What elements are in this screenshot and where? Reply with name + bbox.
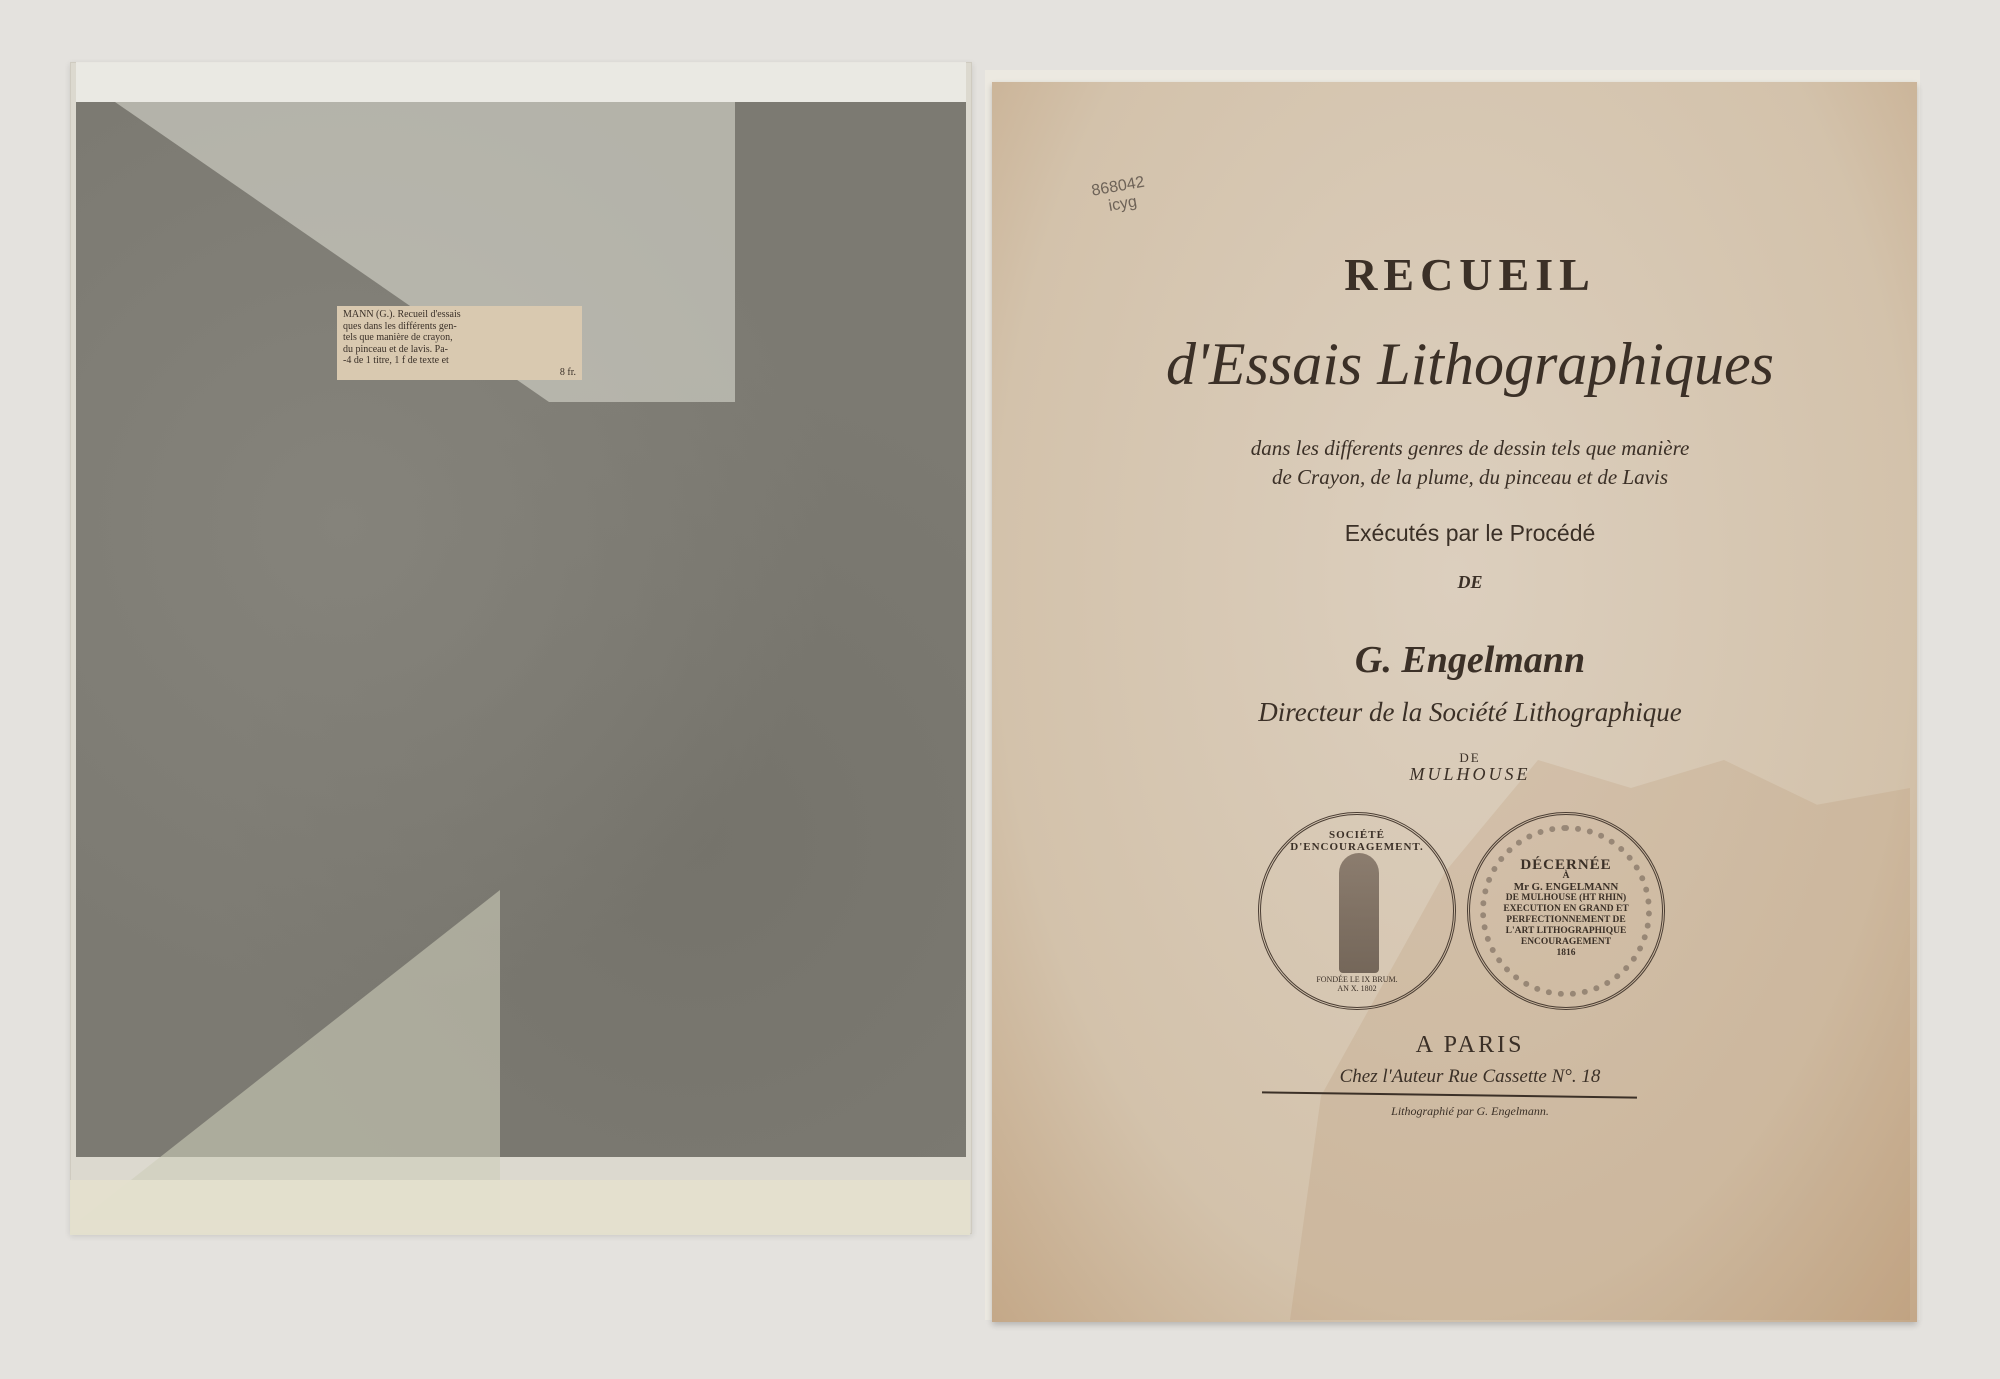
title: RECUEIL bbox=[1040, 248, 1900, 301]
clipping-line: du pinceau et de lavis. Pa- bbox=[343, 344, 576, 356]
glassine-bottom-fold bbox=[70, 1180, 970, 1235]
executes-line: Exécutés par le Procédé bbox=[1040, 520, 1900, 547]
author-position: Directeur de la Société Lithographique bbox=[1040, 697, 1900, 728]
subtitle: d'Essais Lithographiques bbox=[1040, 330, 1900, 399]
clipping-line: ques dans les différents gen- bbox=[343, 321, 576, 333]
author-name: G. Engelmann bbox=[1040, 638, 1900, 682]
catalog-clipping: MANN (G.). Recueil d'essais ques dans le… bbox=[337, 306, 582, 380]
medal-inscription: DÉCERNÉE À Mr G. ENGELMANN DE MULHOUSE (… bbox=[1488, 859, 1644, 959]
glassine-top-fold bbox=[76, 62, 966, 107]
clipping-line: 8 fr. bbox=[343, 367, 576, 379]
imprint-city: A PARIS bbox=[1040, 1032, 1900, 1059]
city: MULHOUSE bbox=[1040, 764, 1900, 785]
medal-reverse: DÉCERNÉE À Mr G. ENGELMANN DE MULHOUSE (… bbox=[1467, 812, 1665, 1010]
medal-obverse: SOCIÉTÉ D'ENCOURAGEMENT. FONDÉE LE IX BR… bbox=[1258, 812, 1456, 1010]
medal-ring-text: SOCIÉTÉ D'ENCOURAGEMENT. bbox=[1261, 829, 1453, 853]
clipping-line: tels que manière de crayon, bbox=[343, 332, 576, 344]
imprint-address: Chez l'Auteur Rue Cassette N°. 18 bbox=[1040, 1066, 1900, 1088]
description-line-2: de Crayon, de la plume, du pinceau et de… bbox=[1040, 465, 1900, 490]
de-line: DE bbox=[1040, 572, 1900, 593]
allegorical-figure-icon bbox=[1339, 853, 1379, 973]
description-line-1: dans les differents genres de dessin tel… bbox=[1040, 436, 1900, 461]
clipping-line: -4 de 1 titre, 1 f de texte et bbox=[343, 355, 576, 367]
imprint-credit: Lithographié par G. Engelmann. bbox=[1040, 1104, 1900, 1119]
medal-exergue: FONDÉE LE IX BRUM. AN X. 1802 bbox=[1261, 975, 1453, 993]
clipping-line: MANN (G.). Recueil d'essais bbox=[343, 309, 576, 321]
